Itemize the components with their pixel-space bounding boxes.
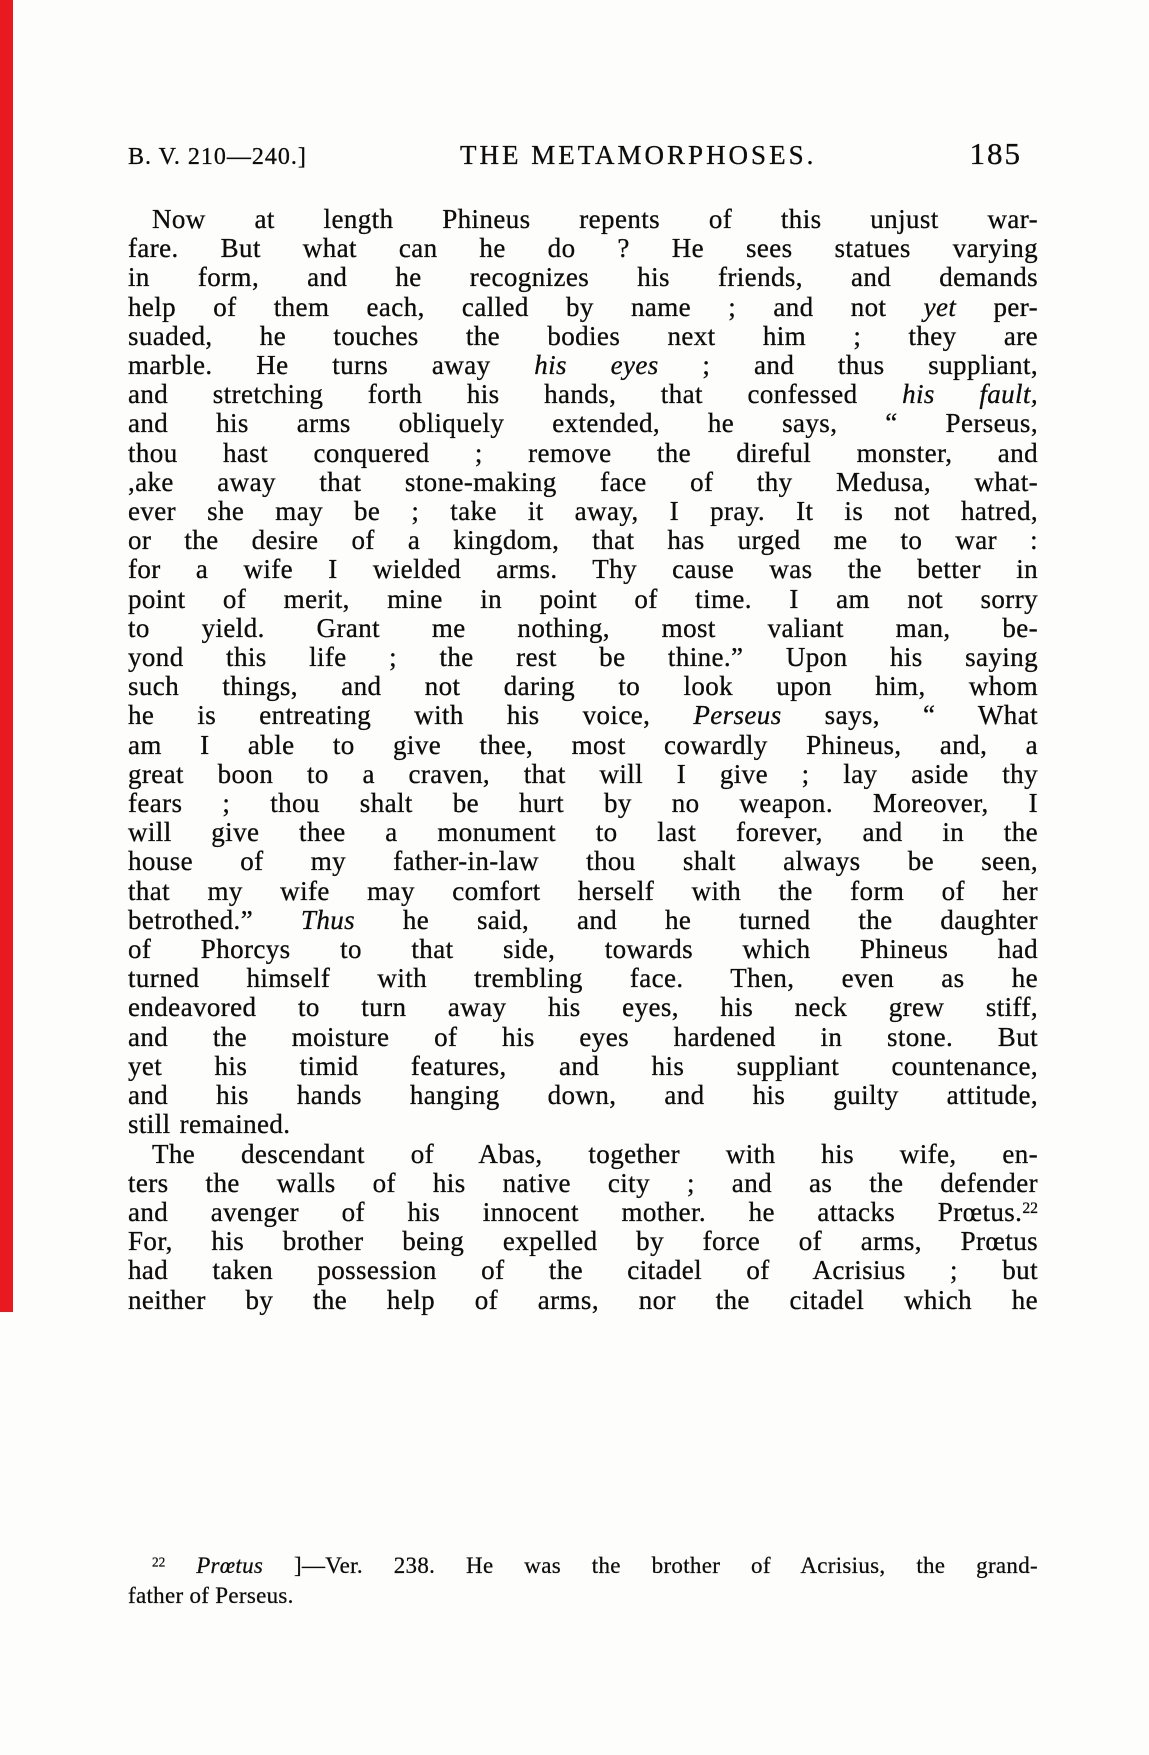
text-line: betrothed.” Thus he said, and he turned … [128,906,1038,935]
footnote: 22 Prœtus ]—Ver. 238. He was the brother… [128,1551,1038,1611]
scan-edge-red-strip [0,0,13,1312]
book-reference: B. V. 210—240.] [128,144,307,171]
text-line: am I able to give thee, most cowardly Ph… [128,731,1038,760]
scanned-book-page: B. V. 210—240.] THE METAMORPHOSES. 185 N… [0,0,1149,1755]
text-line: for a wife I wielded arms. Thy cause was… [128,555,1038,584]
text-line: ters the walls of his native city ; and … [128,1169,1038,1198]
text-line: of Phorcys to that side, towards which P… [128,935,1038,964]
text-line: yet his timid features, and his supplian… [128,1052,1038,1081]
text-line: For, his brother being expelled by force… [128,1227,1038,1256]
text-line: and stretching forth his hands, that con… [128,380,1038,409]
text-line: and avenger of his innocent mother. he a… [128,1198,1038,1227]
text-line: house of my father-in-law thou shalt alw… [128,847,1038,876]
text-line: Now at length Phineus repents of this un… [128,205,1038,234]
text-line: 22 Prœtus ]—Ver. 238. He was the brother… [128,1551,1038,1581]
text-line: will give thee a monument to last foreve… [128,818,1038,847]
text-line: great boon to a craven, that will I give… [128,760,1038,789]
text-line: thou hast conquered ; remove the direful… [128,439,1038,468]
page-title: THE METAMORPHOSES. [460,140,816,171]
text-line: he is entreating with his voice, Perseus… [128,701,1038,730]
text-line: ever she may be ; take it away, I pray. … [128,497,1038,526]
text-line: marble. He turns away his eyes ; and thu… [128,351,1038,380]
text-line: turned himself with trembling face. Then… [128,964,1038,993]
text-line: and his hands hanging down, and his guil… [128,1081,1038,1110]
paragraph-2: The descendant of Abas, together with hi… [128,1140,1038,1315]
page-header: B. V. 210—240.] THE METAMORPHOSES. 185 [128,136,1022,172]
text-line: fears ; thou shalt be hurt by no weapon.… [128,789,1038,818]
text-line: fare. But what can he do ? He sees statu… [128,234,1038,263]
text-line: such things, and not daring to look upon… [128,672,1038,701]
text-line: point of merit, mine in point of time. I… [128,585,1038,614]
text-line: endeavored to turn away his eyes, his ne… [128,993,1038,1022]
text-line: to yield. Grant me nothing, most valiant… [128,614,1038,643]
body-text: Now at length Phineus repents of this un… [128,205,1038,1315]
text-line: father of Perseus. [128,1581,1038,1611]
text-line: suaded, he touches the bodies next him ;… [128,322,1038,351]
text-line: or the desire of a kingdom, that has urg… [128,526,1038,555]
text-line: ,ake away that stone-making face of thy … [128,468,1038,497]
text-line: neither by the help of arms, nor the cit… [128,1286,1038,1315]
paragraph-1: Now at length Phineus repents of this un… [128,205,1038,1140]
text-line: had taken possession of the citadel of A… [128,1256,1038,1285]
text-line: that my wife may comfort herself with th… [128,877,1038,906]
text-line: still remained. [128,1110,1038,1139]
text-line: help of them each, called by name ; and … [128,293,1038,322]
text-line: yond this life ; the rest be thine.” Upo… [128,643,1038,672]
page-number: 185 [970,136,1023,172]
text-line: and his arms obliquely extended, he says… [128,409,1038,438]
text-line: and the moisture of his eyes hardened in… [128,1023,1038,1052]
text-line: in form, and he recognizes his friends, … [128,263,1038,292]
text-line: The descendant of Abas, together with hi… [128,1140,1038,1169]
